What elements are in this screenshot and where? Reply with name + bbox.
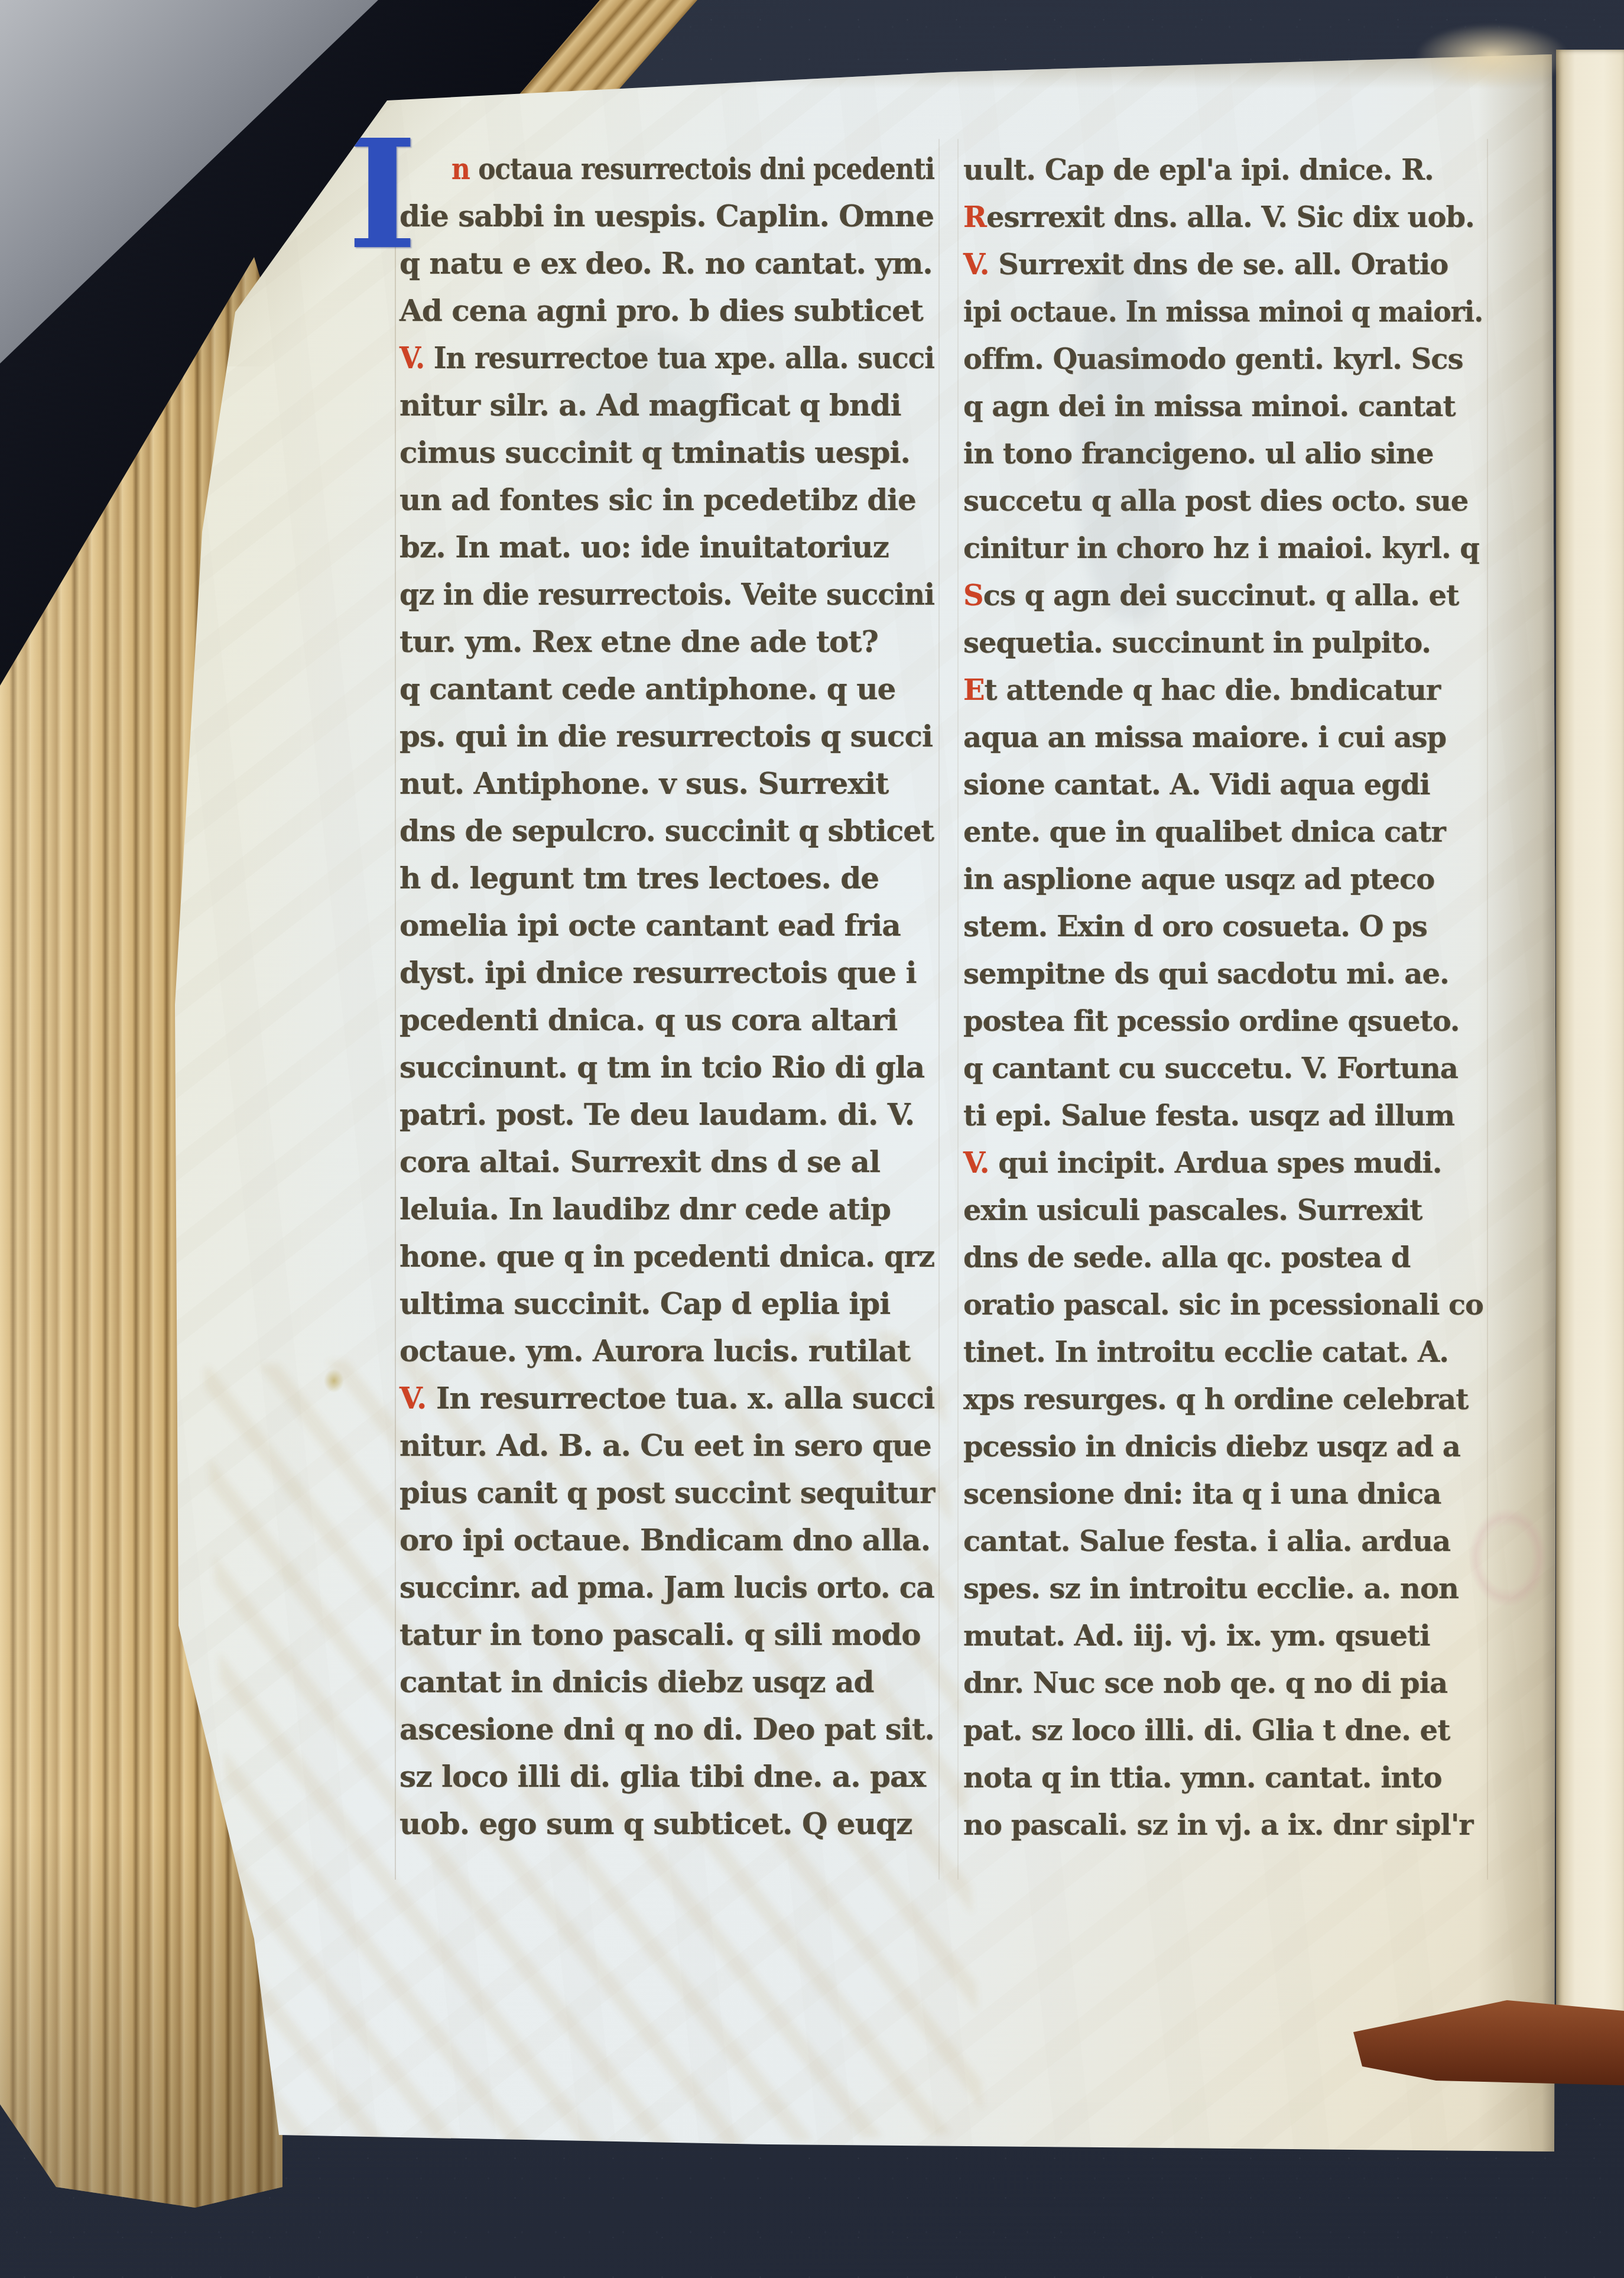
manuscript-line: succetu q alla post dies octo. sue [963, 478, 1483, 525]
manuscript-line: q cantant cede antiphone. q ue [399, 666, 934, 713]
manuscript-line: tur. ym. Rex etne dne ade tot? [399, 618, 934, 666]
manuscript-line: sequetia. succinunt in pulpito. [963, 619, 1483, 667]
manuscript-line: nitur. Ad. B. a. Cu eet in sero que [399, 1422, 934, 1469]
manuscript-line: q agn dei in missa minoi. cantat [963, 383, 1483, 430]
manuscript-line: q natu e ex deo. R. no cantat. ym. [399, 240, 934, 287]
manuscript-line: dns de sede. alla qc. postea d [963, 1234, 1483, 1281]
manuscript-line: Et attende q hac die. bndicatur [963, 667, 1483, 714]
manuscript-line: uult. Cap de epl'a ipi. dnice. R. [963, 147, 1483, 194]
manuscript-line: Resrrexit dns. alla. V. Sic dix uob. [963, 194, 1483, 241]
manuscript-line: oratio pascal. sic in pcessionali co [963, 1281, 1481, 1329]
manuscript-line: ascesione dni q no di. Deo pat sit. [399, 1706, 931, 1753]
manuscript-line: aqua an missa maiore. i cui asp [963, 714, 1483, 761]
manuscript-line: succinunt. q tm in tcio Rio di gla [399, 1044, 934, 1091]
text-column-right: uult. Cap de epl'a ipi. dnice. R.Resrrex… [963, 147, 1483, 1849]
ruling-line-left-column-right [938, 139, 940, 1880]
facing-page-edge [1556, 50, 1624, 2018]
manuscript-line: die sabbi in uespis. Caplin. Omne [399, 193, 934, 240]
ruling-line-left-column-left [395, 139, 396, 1880]
manuscript-line: cantat in dnicis diebz usqz ad [399, 1659, 934, 1706]
manuscript-line: bz. In mat. uo: ide inuitatoriuz [399, 524, 934, 571]
manuscript-line: leluia. In laudibz dnr cede atip [399, 1186, 934, 1233]
manuscript-line: patri. post. Te deu laudam. di. V. [399, 1091, 934, 1138]
manuscript-line: V. In resurrectoe tua xpe. alla. succi [399, 335, 898, 382]
manuscript-line: dns de sepulcro. succinit q sbticet [399, 807, 923, 855]
text-column-left: n octaua resurrectois dni pcedentidie sa… [399, 145, 934, 1848]
manuscript-line: no pascali. sz in vj. a ix. dnr sipl'r [963, 1802, 1483, 1849]
manuscript-line: sz loco illi di. glia tibi dne. a. pax [399, 1753, 934, 1800]
manuscript-line: mutat. Ad. iij. vj. ix. ym. qsueti [963, 1612, 1483, 1660]
manuscript-line: omelia ipi octe cantant ead fria [399, 902, 934, 949]
manuscript-line: succinr. ad pma. Jam lucis orto. ca [399, 1564, 919, 1611]
parchment-fray [1415, 24, 1569, 89]
manuscript-line: tatur in tono pascali. q sili modo [399, 1611, 934, 1659]
manuscript-line: pius canit q post succint sequitur [399, 1469, 933, 1517]
manuscript-line: q cantant cu succetu. V. Fortuna [963, 1045, 1483, 1092]
manuscript-line: pcessio in dnicis diebz usqz ad a [963, 1423, 1483, 1471]
manuscript-line: scensione dni: ita q i una dnica [963, 1471, 1483, 1518]
manuscript-line: ipi octaue. In missa minoi q maiori. [963, 288, 1459, 336]
manuscript-line: nota q in ttia. ymn. cantat. into [963, 1754, 1483, 1802]
manuscript-line: exin usiculi pascales. Surrexit [963, 1187, 1483, 1234]
manuscript-line: V. In resurrectoe tua. x. alla succi [399, 1375, 934, 1422]
manuscript-line: nut. Antiphone. v sus. Surrexit [399, 760, 934, 807]
manuscript-line: V. qui incipit. Ardua spes mudi. [963, 1140, 1483, 1187]
manuscript-line: Scs q agn dei succinut. q alla. et [963, 572, 1483, 619]
manuscript-line: tinet. In introitu ecclie catat. A. [963, 1329, 1483, 1376]
manuscript-line: sempitne ds qui sacdotu mi. ae. [963, 950, 1483, 998]
manuscript-line: V. Surrexit dns de se. all. Oratio [963, 241, 1483, 288]
manuscript-photo: I n octaua resurrectois dni pcedentidie … [0, 0, 1624, 2278]
manuscript-line: offm. Quasimodo genti. kyrl. Scs [963, 336, 1483, 383]
manuscript-line: qz in die resurrectois. Veite succini [399, 571, 908, 618]
manuscript-line: cantat. Salue festa. i alia. ardua [963, 1518, 1483, 1565]
manuscript-line: ente. que in qualibet dnica catr [963, 809, 1483, 856]
manuscript-line: hone. que q in pcedenti dnica. qrz [399, 1233, 925, 1280]
manuscript-line: dyst. ipi dnice resurrectois que i [399, 949, 934, 997]
manuscript-line: cinitur in choro hz i maioi. kyrl. q [963, 525, 1483, 572]
manuscript-line: ti epi. Salue festa. usqz ad illum [963, 1092, 1483, 1140]
manuscript-line: sione cantat. A. Vidi aqua egdi [963, 761, 1483, 809]
manuscript-line: xps resurges. q h ordine celebrat [963, 1376, 1483, 1423]
manuscript-line: Ad cena agni pro. b dies subticet [399, 287, 934, 335]
manuscript-line: postea fit pcessio ordine qsueto. [963, 998, 1483, 1045]
manuscript-line: ps. qui in die resurrectois q succi [399, 713, 934, 760]
ruling-line-right-column-right [1487, 139, 1488, 1880]
manuscript-line: octaue. ym. Aurora lucis. rutilat [399, 1328, 934, 1375]
manuscript-line: stem. Exin d oro cosueta. O ps [963, 903, 1483, 950]
manuscript-line: oro ipi octaue. Bndicam dno alla. [399, 1517, 934, 1564]
manuscript-line: uob. ego sum q subticet. Q euqz [399, 1800, 934, 1848]
manuscript-line: pcedenti dnica. q us cora altari [399, 997, 934, 1044]
page-gutter-shadow [1477, 51, 1556, 2155]
manuscript-line: un ad fontes sic in pcedetibz die [399, 476, 934, 524]
manuscript-line: nitur silr. a. Ad magficat q bndi [399, 382, 934, 429]
manuscript-line: in tono francigeno. ul alio sine [963, 430, 1483, 478]
manuscript-line: dnr. Nuc sce nob qe. q no di pia [963, 1660, 1483, 1707]
manuscript-line: spes. sz in introitu ecclie. a. non [963, 1565, 1483, 1612]
manuscript-line: cimus succinit q tminatis uespi. [399, 429, 934, 476]
manuscript-line: n octaua resurrectois dni pcedenti [452, 145, 874, 193]
manuscript-line: pat. sz loco illi. di. Glia t dne. et [963, 1707, 1483, 1754]
manuscript-line: cora altai. Surrexit dns d se al [399, 1138, 934, 1186]
manuscript-line: in asplione aque usqz ad pteco [963, 856, 1483, 903]
manuscript-line: ultima succinit. Cap d eplia ipi [399, 1280, 934, 1328]
manuscript-line: h d. legunt tm tres lectoes. de [399, 855, 934, 902]
ruling-line-right-column-left [957, 139, 959, 1880]
